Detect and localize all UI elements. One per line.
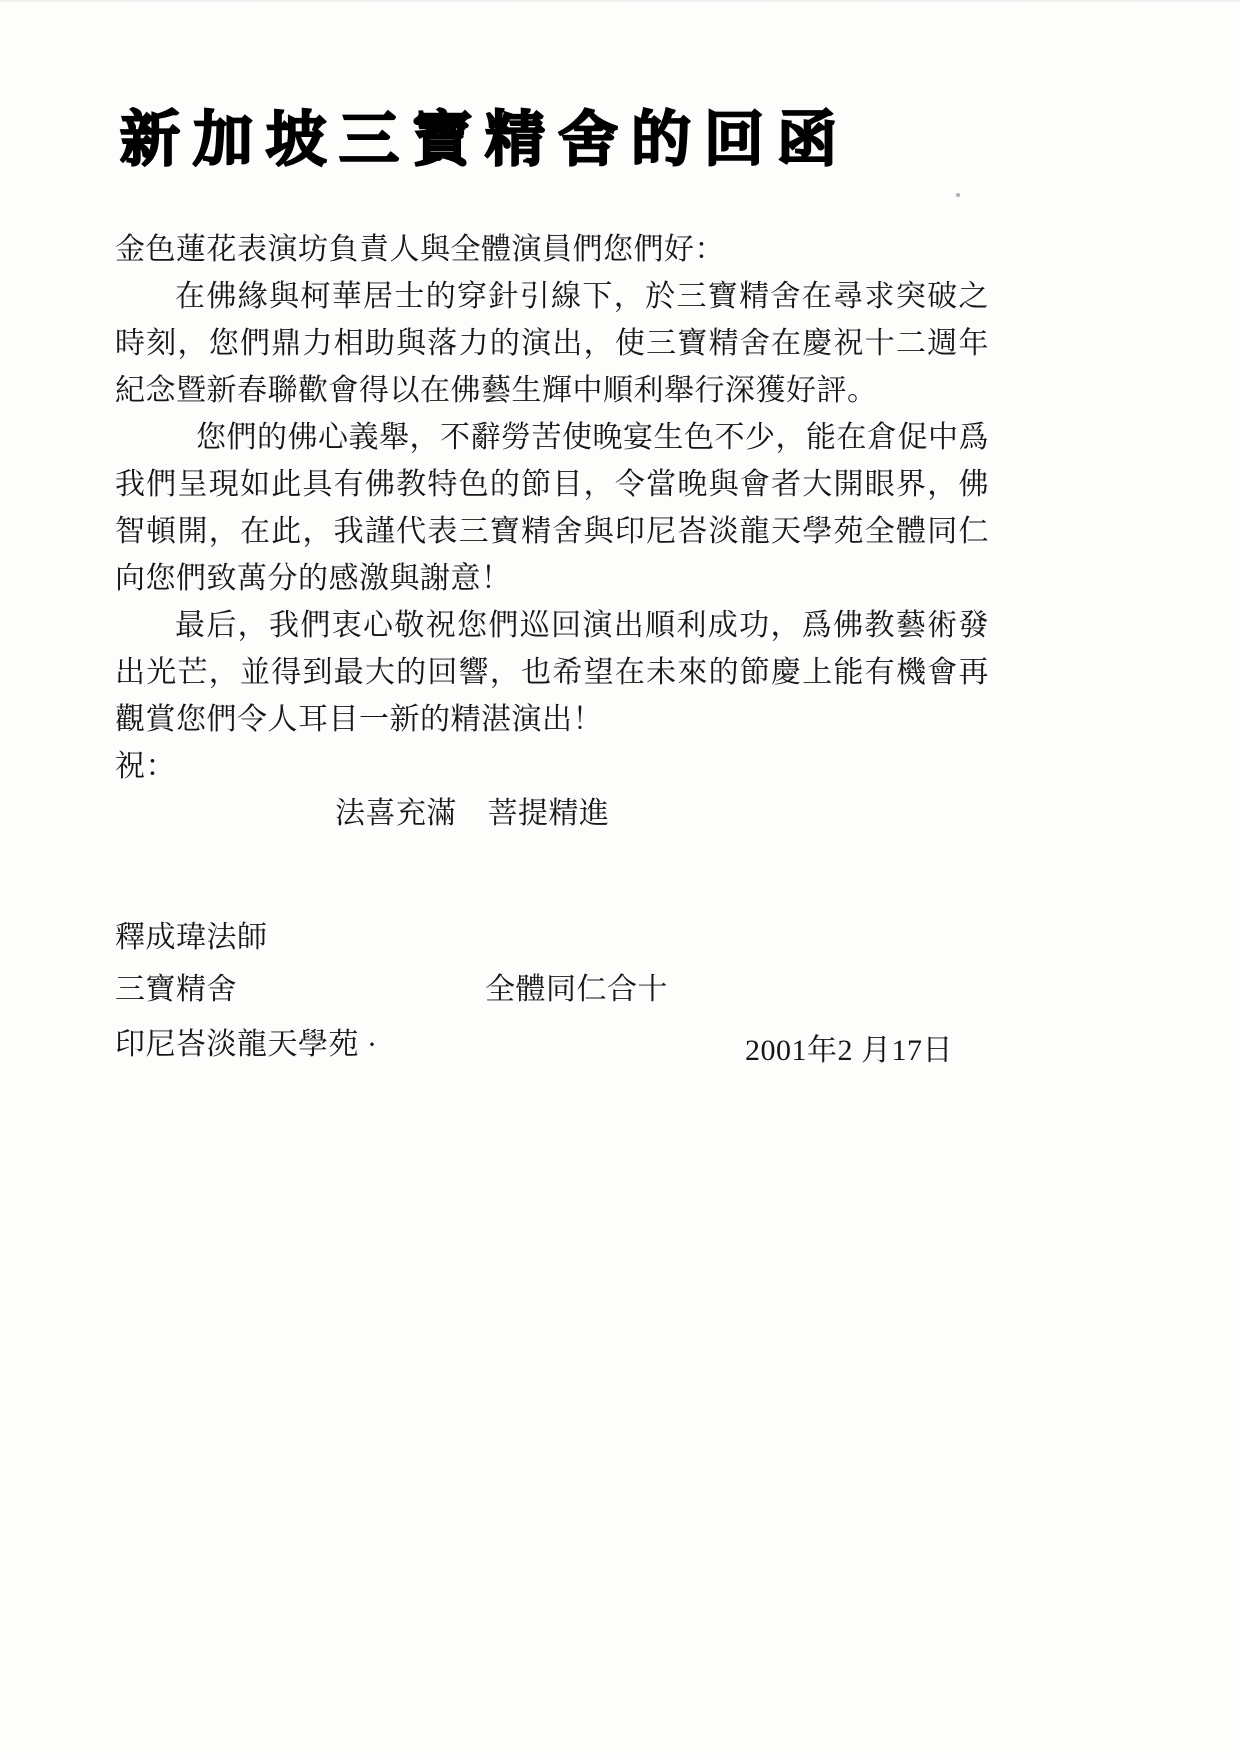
blessing-line: 法喜充滿 菩提精進 bbox=[115, 790, 989, 837]
scan-speck bbox=[956, 193, 960, 197]
letter-paragraph-3: 最后，我們衷心敬祝您們巡回演出順利成功，爲佛教藝術發出光芒，並得到最大的回響，也… bbox=[115, 602, 989, 743]
signer-organization-2: 印尼峇淡龍天學苑 · bbox=[115, 1019, 378, 1063]
co-signers: 全體同仁合十 bbox=[485, 964, 668, 1008]
scan-edge-artifact bbox=[0, 0, 1240, 3]
signer-name: 釋成瑋法師 bbox=[115, 912, 268, 956]
closing-word: 祝： bbox=[115, 743, 989, 790]
letter-paragraph-2: 您們的佛心義舉，不辭勞苦使晚宴生色不少，能在倉促中爲我們呈現如此具有佛教特色的節… bbox=[115, 414, 989, 602]
signature-block: 釋成瑋法師 三寶精舍 全體同仁合十 印尼峇淡龍天學苑 · 2001年2 月17日 bbox=[115, 912, 989, 1069]
scanned-letter-page: 新加坡三寶精舍的回函 金色蓮花表演坊負責人與全體演員們您們好： 在佛緣與柯華居士… bbox=[0, 0, 1240, 1754]
letter-title: 新加坡三寶精舍的回函 bbox=[120, 92, 850, 178]
signer-organization-1: 三寶精舍 bbox=[115, 964, 237, 1008]
letter-paragraph-1: 在佛緣與柯華居士的穿針引線下，於三寶精舍在尋求突破之時刻，您們鼎力相助與落力的演… bbox=[115, 273, 989, 414]
salutation-line: 金色蓮花表演坊負責人與全體演員們您們好： bbox=[115, 226, 989, 273]
letter-body: 金色蓮花表演坊負責人與全體演員們您們好： 在佛緣與柯華居士的穿針引線下，於三寶精… bbox=[115, 226, 989, 837]
letter-date: 2001年2 月17日 bbox=[745, 1025, 953, 1069]
